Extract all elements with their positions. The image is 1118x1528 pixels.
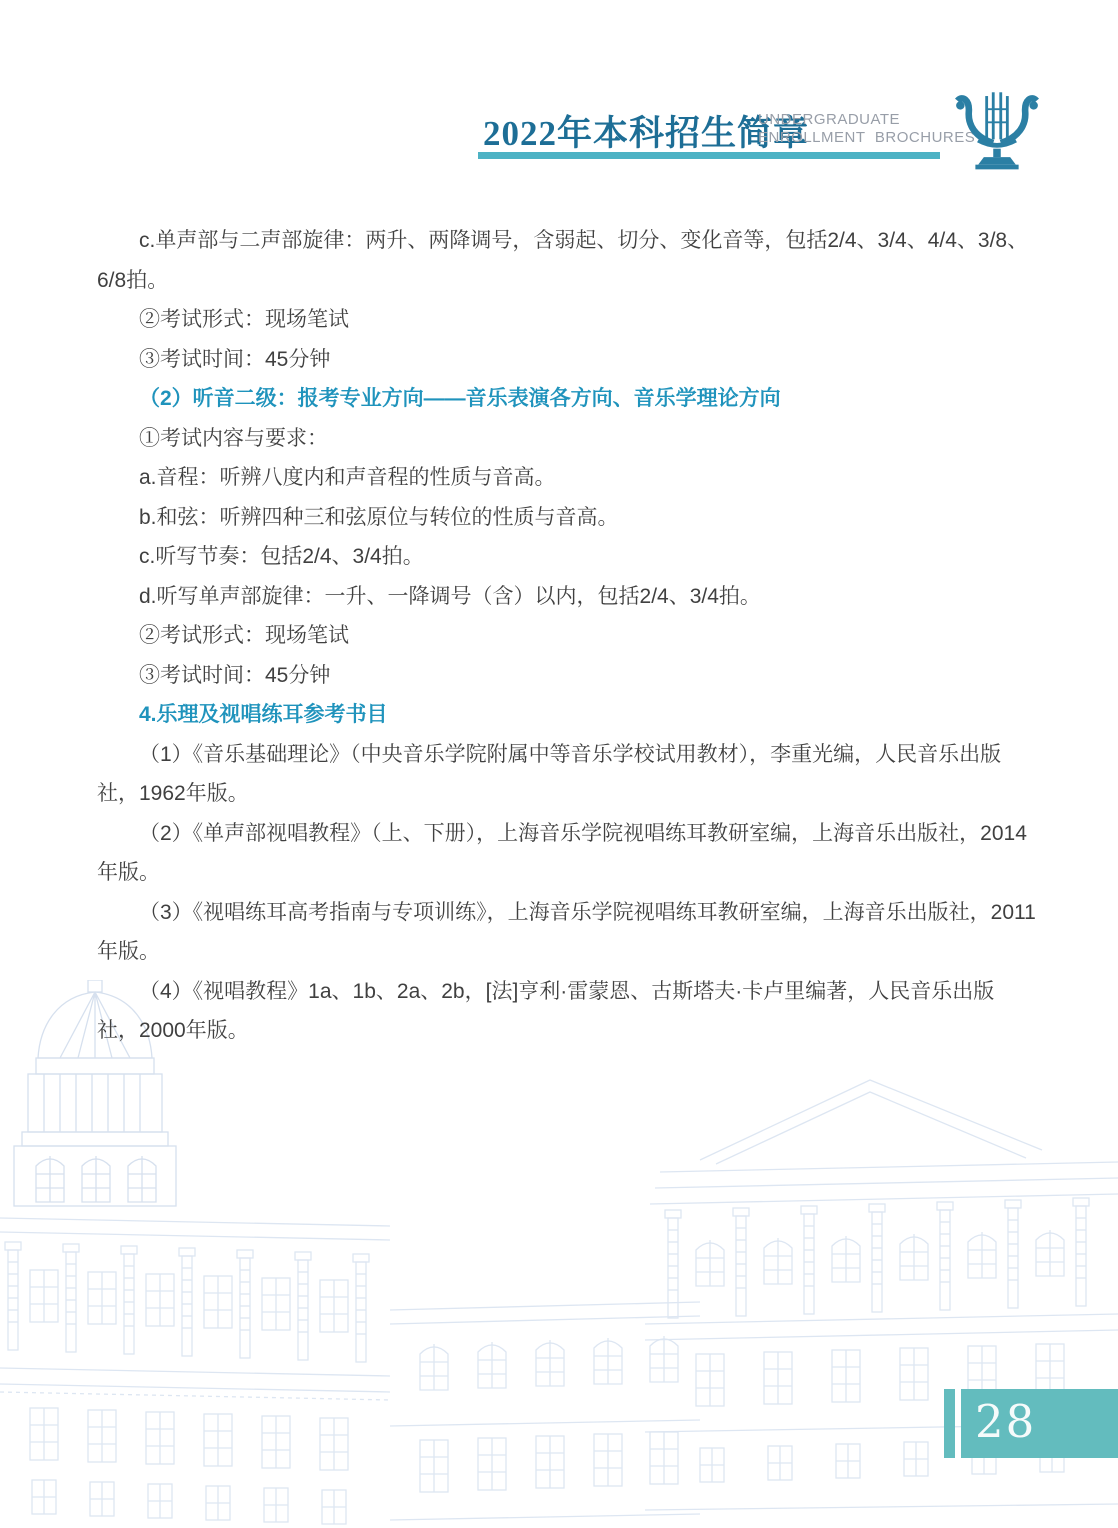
page-number: 28 — [961, 1389, 1118, 1455]
text-line: d.听写单声部旋律：一升、一降调号（含）以内，包括2/4、3/4拍。 — [97, 577, 1015, 617]
text-line: 社，2000年版。 — [97, 1011, 1015, 1051]
page-number-accent-bar — [944, 1389, 955, 1458]
text-line: （1）《音乐基础理论》（中央音乐学院附属中等音乐学校试用教材），李重光编，人民音… — [97, 735, 1015, 775]
text-line: ②考试形式：现场笔试 — [97, 300, 1015, 340]
text-line: 年版。 — [97, 932, 1015, 972]
header-underline — [478, 152, 940, 159]
text-line: ②考试形式：现场笔试 — [97, 616, 1015, 656]
section-heading: 4.乐理及视唱练耳参考书目 — [97, 695, 1015, 735]
page-number-box: 28 — [961, 1389, 1118, 1458]
text-line: （2）《单声部视唱教程》（上、下册），上海音乐学院视唱练耳教研室编，上海音乐出版… — [97, 814, 1015, 854]
text-line: b.和弦：听辨四种三和弦原位与转位的性质与音高。 — [97, 498, 1015, 538]
text-line: （4）《视唱教程》1a、1b、2a、2b，[法]亨利·雷蒙恩、古斯塔夫·卡卢里编… — [97, 972, 1015, 1012]
page-subtitle-line1: UNDERGRADUATE — [758, 111, 975, 129]
text-line: c.听写节奏：包括2/4、3/4拍。 — [97, 537, 1015, 577]
page-subtitle: UNDERGRADUATE ENROLLMENT BROCHURES — [758, 111, 975, 147]
text-line: a.音程：听辨八度内和声音程的性质与音高。 — [97, 458, 1015, 498]
text-line: 社，1962年版。 — [97, 774, 1015, 814]
text-line: ①考试内容与要求： — [97, 419, 1015, 459]
text-line: ③考试时间：45分钟 — [97, 340, 1015, 380]
page-subtitle-line2: ENROLLMENT BROCHURES — [758, 129, 975, 147]
lyre-icon — [950, 80, 1044, 176]
text-line: ③考试时间：45分钟 — [97, 656, 1015, 696]
text-line: （3）《视唱练耳高考指南与专项训练》，上海音乐学院视唱练耳教研室编，上海音乐出版… — [97, 893, 1015, 933]
text-line: c.单声部与二声部旋律：两升、两降调号，含弱起、切分、变化音等，包括2/4、3/… — [97, 221, 1015, 261]
text-line: 6/8拍。 — [97, 261, 1015, 301]
brochure-page: 2022年本科招生简章 UNDERGRADUATE ENROLLMENT BRO… — [0, 0, 1118, 1528]
section-heading: （2）听音二级：报考专业方向——音乐表演各方向、音乐学理论方向 — [97, 379, 1015, 419]
content: c.单声部与二声部旋律：两升、两降调号，含弱起、切分、变化音等，包括2/4、3/… — [97, 221, 1015, 1051]
text-line: 年版。 — [97, 853, 1015, 893]
